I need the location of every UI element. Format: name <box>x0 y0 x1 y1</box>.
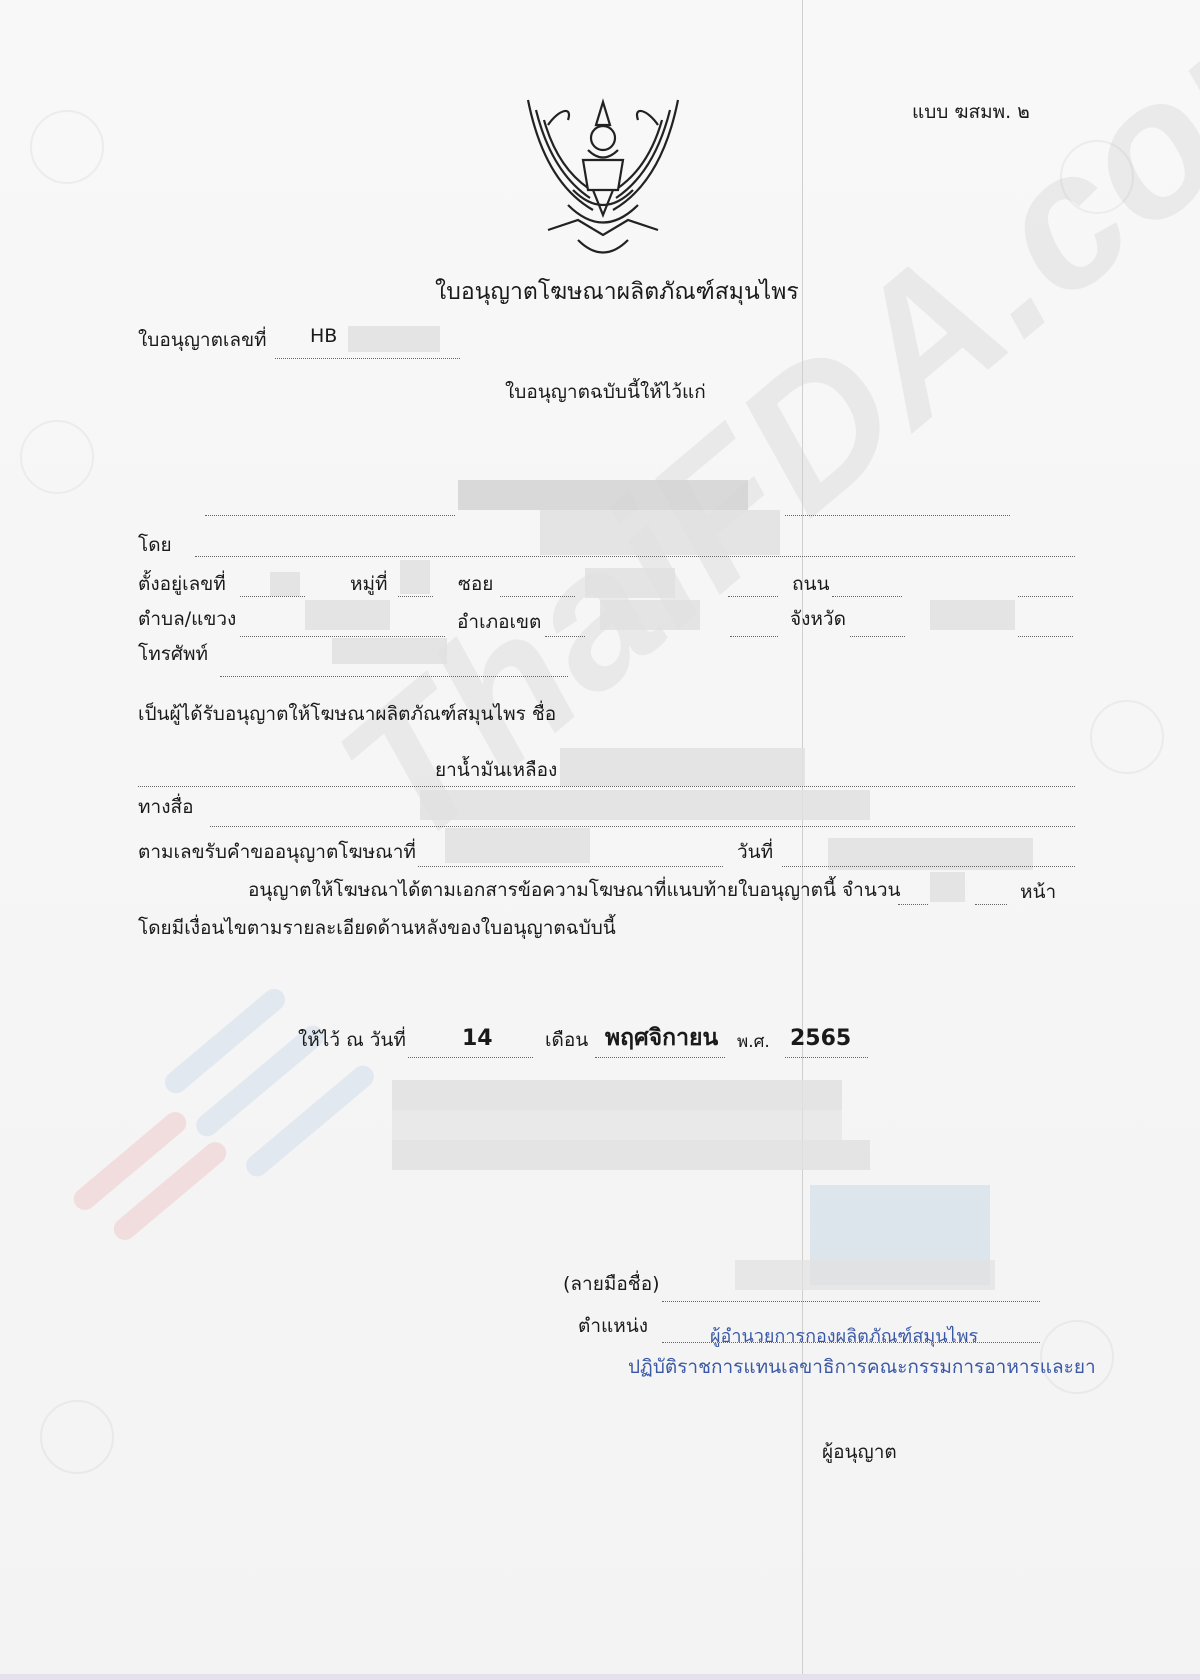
redacted-block <box>392 1080 842 1110</box>
page-count-line <box>975 904 1007 905</box>
moo-redacted <box>400 560 430 594</box>
permission-text: อนุญาตให้โฆษณาได้ตามเอกสารข้อความโฆษณาที… <box>248 878 901 902</box>
subdistrict-line <box>240 636 445 637</box>
road-label: ถนน <box>792 572 829 596</box>
media-redacted <box>420 790 870 820</box>
province-redacted <box>930 600 1015 630</box>
issued-month-line <box>595 1057 725 1058</box>
watermark-seal-icon <box>1090 700 1164 774</box>
issued-given-on-label: ให้ไว้ ณ วันที่ <box>298 1028 406 1052</box>
signature-redacted <box>735 1260 995 1290</box>
redacted-block <box>392 1110 842 1140</box>
by-line <box>195 556 1075 557</box>
issued-day: 14 <box>462 1027 493 1051</box>
moo-line <box>398 596 433 597</box>
product-name-line <box>138 786 1075 787</box>
moo-label: หมู่ที่ <box>350 572 388 596</box>
issued-to-heading: ใบอนุญาตฉบับนี้ให้ไว้แก่ <box>505 380 706 404</box>
district-line <box>545 636 585 637</box>
license-document: ThaiFDA.com แบบ ฆสมพ. ๒ ใบอนุญาตโฆษณาผลิ… <box>0 0 1200 1680</box>
license-no-redacted <box>348 326 440 352</box>
address-no-line <box>240 596 305 597</box>
licensee-name-line <box>205 515 455 516</box>
license-no-label: ใบอนุญาตเลขที่ <box>138 328 267 352</box>
watermark-seal-icon <box>20 420 94 494</box>
position-line1: ผู้อำนวยการกองผลิตภัณฑ์สมุนไพร <box>710 1325 978 1349</box>
licensee-name-redacted <box>458 480 748 510</box>
form-code: แบบ ฆสมพ. ๒ <box>912 100 1030 124</box>
issued-year: 2565 <box>790 1027 851 1051</box>
page-count-line <box>898 904 928 905</box>
position-line <box>662 1342 1040 1343</box>
phone-line <box>220 676 568 677</box>
product-intro: เป็นผู้ได้รับอนุญาตให้โฆษณาผลิตภัณฑ์สมุน… <box>138 702 556 726</box>
district-label: อำเภอเขต <box>457 610 541 634</box>
soi-line <box>728 596 778 597</box>
request-no-redacted <box>445 828 590 863</box>
position-label: ตำแหน่ง <box>578 1314 648 1338</box>
conditions-text: โดยมีเงื่อนไขตามรายละเอียดด้านหลังของใบอ… <box>138 916 616 940</box>
soi-line <box>500 596 575 597</box>
road-line <box>1018 596 1073 597</box>
position-line2: ปฏิบัติราชการแทนเลขาธิการคณะกรรมการอาหาร… <box>628 1355 1096 1379</box>
soi-label: ซอย <box>458 572 493 596</box>
address-no-label: ตั้งอยู่เลขที่ <box>138 572 226 596</box>
address-no-redacted <box>270 572 300 596</box>
by-label: โดย <box>138 533 172 557</box>
issued-year-line <box>785 1057 868 1058</box>
media-line <box>210 826 1075 827</box>
district-redacted <box>600 600 700 630</box>
media-label: ทางสื่อ <box>138 795 193 819</box>
issued-year-label: พ.ศ. <box>737 1030 770 1054</box>
road-line <box>832 596 902 597</box>
subdistrict-label: ตำบล/แขวง <box>138 607 236 631</box>
garuda-emblem-icon <box>518 90 688 265</box>
licensee-name-redacted <box>540 510 780 555</box>
license-no-line <box>275 358 460 359</box>
redacted-block <box>392 1140 870 1170</box>
province-line <box>850 636 905 637</box>
request-no-label: ตามเลขรับคำขออนุญาตโฆษณาที่ <box>138 840 416 864</box>
product-name: ยาน้ำมันเหลือง <box>435 758 557 782</box>
watermark-seal-icon <box>30 110 104 184</box>
signature-line <box>662 1301 1040 1302</box>
request-no-line <box>418 866 723 867</box>
licensee-name-line <box>785 515 1010 516</box>
page-count-redacted <box>930 872 965 902</box>
soi-redacted <box>585 568 675 598</box>
product-name-redacted <box>560 748 805 786</box>
issued-day-line <box>408 1057 533 1058</box>
license-no-prefix: HB <box>310 324 337 348</box>
pages-label: หน้า <box>1020 880 1056 904</box>
province-line <box>1018 636 1073 637</box>
fold-line <box>802 0 803 1680</box>
issued-month-label: เดือน <box>545 1028 588 1052</box>
request-date-label: วันที่ <box>737 840 773 864</box>
request-date-line <box>782 866 1075 867</box>
document-title: ใบอนุญาตโฆษณาผลิตภัณฑ์สมุนไพร <box>435 278 799 306</box>
licensor-role: ผู้อนุญาต <box>822 1440 897 1464</box>
phone-redacted <box>332 638 447 664</box>
watermark-seal-icon <box>40 1400 114 1474</box>
page-edge <box>0 1674 1200 1680</box>
province-label: จังหวัด <box>790 607 846 631</box>
subdistrict-redacted <box>305 600 390 630</box>
signature-label: (ลายมือชื่อ) <box>563 1272 660 1296</box>
district-line <box>730 636 778 637</box>
issued-month: พฤศจิกายน <box>605 1026 718 1050</box>
phone-label: โทรศัพท์ <box>138 642 208 666</box>
